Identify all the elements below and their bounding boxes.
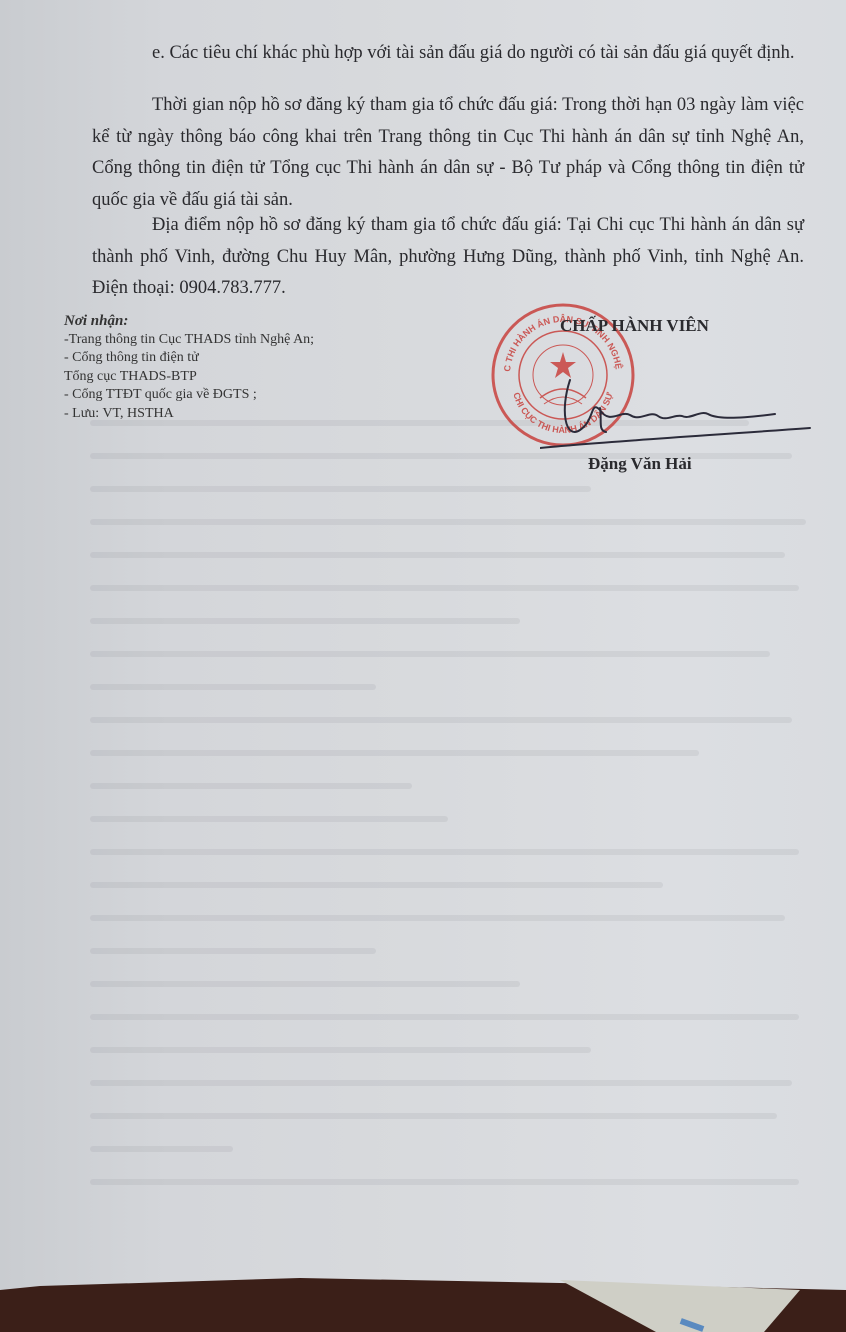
recipient-item: -Trang thông tin Cục THADS tỉnh Nghệ An; xyxy=(64,331,314,350)
recipient-item: Tổng cục THADS-BTP xyxy=(64,368,314,387)
signer-role: CHẤP HÀNH VIÊN xyxy=(560,316,709,336)
paragraph-submission-location: Địa điểm nộp hồ sơ đăng ký tham gia tổ c… xyxy=(92,210,804,305)
recipient-item: - Lưu: VT, HSTHA xyxy=(64,405,314,424)
recipient-item: - Cổng TTĐT quốc gia về ĐGTS ; xyxy=(64,386,314,405)
recipients-title: Nơi nhận: xyxy=(64,312,314,331)
bleed-through-text xyxy=(90,420,806,1212)
handwritten-signature-icon xyxy=(540,370,820,460)
signer-name: Đặng Văn Hải xyxy=(588,454,692,474)
paragraph-criteria: e. Các tiêu chí khác phù hợp với tài sản… xyxy=(92,38,804,70)
paragraph-submission-time: Thời gian nộp hồ sơ đăng ký tham gia tổ … xyxy=(92,90,804,216)
recipients-block: Nơi nhận: -Trang thông tin Cục THADS tỉn… xyxy=(64,312,314,423)
recipient-item: - Cổng thông tin điện tử xyxy=(64,349,314,368)
